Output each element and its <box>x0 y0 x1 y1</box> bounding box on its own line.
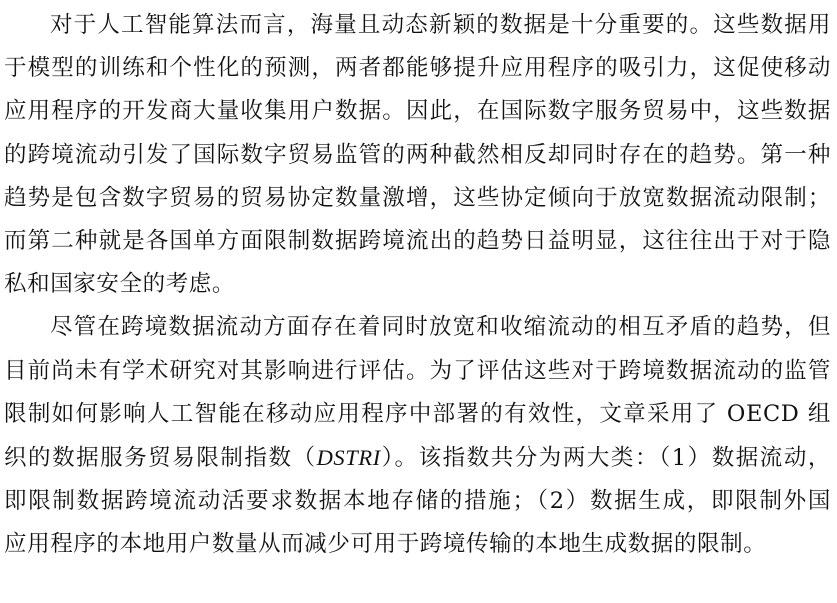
document-page: 对于人工智能算法而言，海量且动态新颖的数据是十分重要的。这些数据用 于模型的训练… <box>0 0 837 567</box>
dstri-abbreviation: DSTRI <box>317 445 381 470</box>
text-line: 应用程序的本地用户数量从而减少可用于跨境传输的本地生成数据的限制。 <box>4 523 831 566</box>
text-line: 而第二种就是各国单方面限制数据跨境流出的趋势日益明显，这往往出于对于隐 <box>4 220 831 263</box>
text-line: 私和国家安全的考虑。 <box>4 263 831 306</box>
text-segment: ）。该指数共分为两大类：（1）数据流动， <box>381 445 831 471</box>
text-line: 的跨境流动引发了国际数字贸易监管的两种截然相反却同时存在的趋势。第一种 <box>4 134 831 177</box>
text-line: 尽管在跨境数据流动方面存在着同时放宽和收缩流动的相互矛盾的趋势，但 <box>4 306 831 349</box>
text-segment: 织的数据服务贸易限制指数（ <box>4 445 317 471</box>
text-line: 于模型的训练和个性化的预测，两者都能够提升应用程序的吸引力，这促使移动 <box>4 47 831 90</box>
text-line: 限制如何影响人工智能在移动应用程序中部署的有效性，文章采用了 OECD 组 <box>4 393 831 436</box>
text-line: 对于人工智能算法而言，海量且动态新颖的数据是十分重要的。这些数据用 <box>4 4 831 47</box>
text-line: 即限制数据跨境流动活要求数据本地存储的措施；（2）数据生成，即限制外国 <box>4 480 831 523</box>
text-line: 应用程序的开发商大量收集用户数据。因此，在国际数字服务贸易中，这些数据 <box>4 90 831 133</box>
text-line: 目前尚未有学术研究对其影响进行评估。为了评估这些对于跨境数据流动的监管 <box>4 350 831 393</box>
paragraph-2: 尽管在跨境数据流动方面存在着同时放宽和收缩流动的相互矛盾的趋势，但 目前尚未有学… <box>4 306 831 566</box>
text-line: 织的数据服务贸易限制指数（DSTRI）。该指数共分为两大类：（1）数据流动， <box>4 436 831 480</box>
paragraph-1: 对于人工智能算法而言，海量且动态新颖的数据是十分重要的。这些数据用 于模型的训练… <box>4 4 831 306</box>
text-line: 趋势是包含数字贸易的贸易协定数量激增，这些协定倾向于放宽数据流动限制； <box>4 177 831 220</box>
